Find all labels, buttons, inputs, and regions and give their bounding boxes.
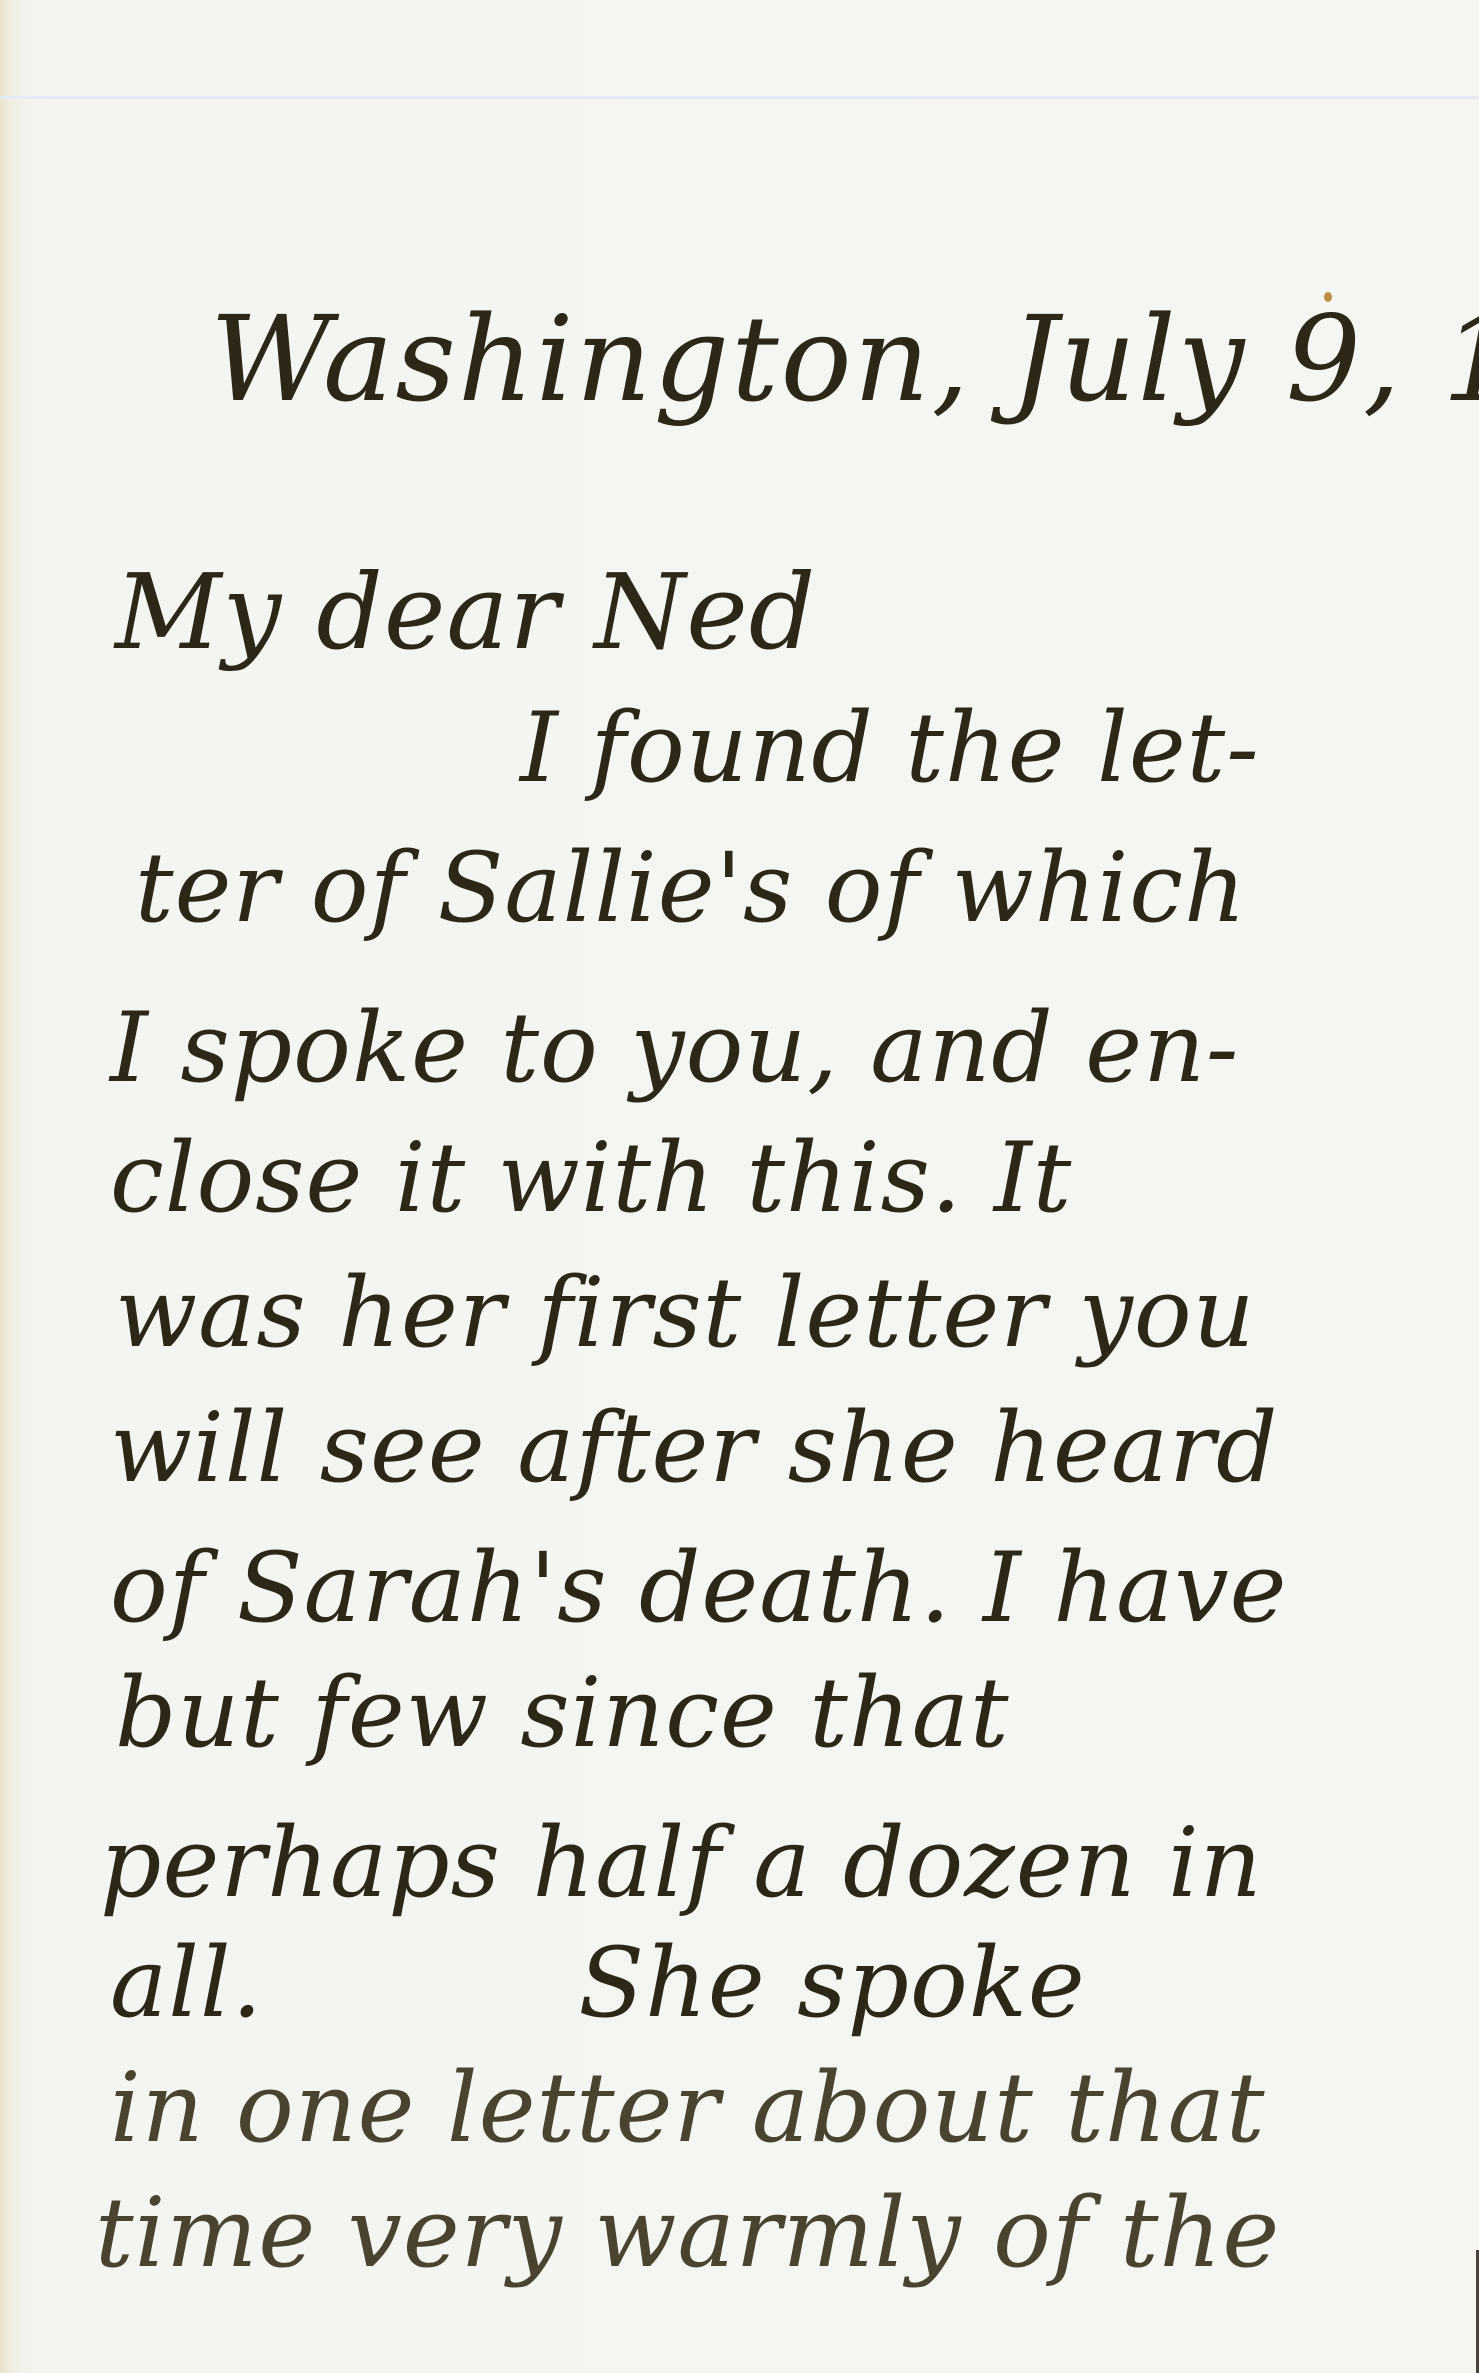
letter-line-8: but few since that (115, 1665, 1010, 1761)
letter-line-9: perhaps half a dozen in (100, 1815, 1263, 1911)
letter-line-3: I spoke to you, and en- (110, 1000, 1239, 1096)
letter-line-4: close it with this. It (110, 1130, 1072, 1226)
letter-line-2: ter of Sallie's of which (135, 840, 1247, 936)
letter-line-1: I found the let- (520, 700, 1260, 796)
letter-page: Washington, July 9, 1883— My dear Ned I … (0, 0, 1479, 2373)
letter-line-12: time very warmly of the (95, 2185, 1280, 2281)
letter-line-10: all. She spoke (110, 1935, 1086, 2031)
dateline: Washington, July 9, 1883— (210, 300, 1479, 418)
letter-line-11: in one letter about that (110, 2060, 1266, 2156)
letter-line-5: was her first letter you (115, 1265, 1255, 1361)
letter-line-6: will see after she heard (110, 1400, 1278, 1496)
salutation: My dear Ned (115, 560, 816, 664)
paper-fold-line (0, 96, 1479, 99)
letter-line-7: of Sarah's death. I have (110, 1540, 1287, 1636)
